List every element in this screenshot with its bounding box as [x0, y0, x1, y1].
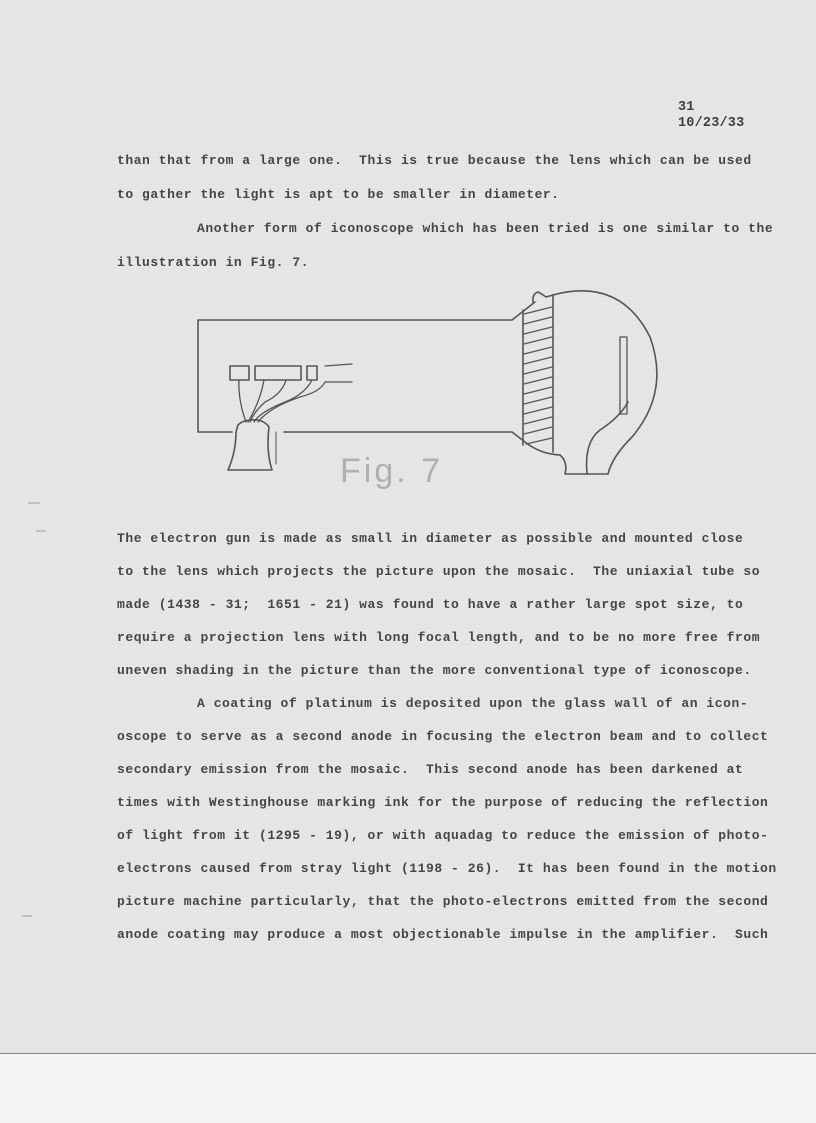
text-line: of light from it (1295 - 19), or with aq… [117, 828, 768, 844]
text-line: times with Westinghouse marking ink for … [117, 795, 768, 811]
bulb-stem [560, 455, 608, 474]
text-line: to gather the light is apt to be smaller… [117, 187, 560, 203]
gun-leads [239, 380, 325, 422]
text-line: anode coating may produce a most objecti… [117, 927, 768, 943]
gun-element-2 [255, 366, 301, 380]
text-line: picture machine particularly, that the p… [117, 894, 768, 910]
text-line: secondary emission from the mosaic. This… [117, 762, 743, 778]
bulb-nub [533, 292, 553, 302]
text-line: require a projection lens with long foca… [117, 630, 760, 646]
tube-neck-left [198, 320, 232, 432]
figure-caption: Fig. 7 [340, 452, 443, 491]
text-line: made (1438 - 31; 1651 - 21) was found to… [117, 597, 743, 613]
text-line: Another form of iconoscope which has bee… [197, 221, 773, 237]
gun-element-3 [307, 366, 317, 380]
text-line: illustration in Fig. 7. [117, 255, 309, 271]
text-line: electrons caused from stray light (1198 … [117, 861, 777, 877]
scan-artifact [28, 502, 40, 504]
text-line: A coating of platinum is deposited upon … [197, 696, 748, 712]
text-line: than that from a large one. This is true… [117, 153, 752, 169]
scan-artifact [36, 530, 46, 532]
beam-line-upper [325, 364, 352, 366]
page-date: 10/23/33 [678, 116, 744, 132]
stem-press [228, 420, 272, 470]
page-number: 31 [678, 100, 744, 116]
mosaic-hatching [524, 307, 552, 444]
collector-electrode [620, 337, 627, 414]
text-line: oscope to serve as a second anode in foc… [117, 729, 768, 745]
text-line: The electron gun is made as small in dia… [117, 531, 743, 547]
scan-bottom-margin [0, 1053, 816, 1123]
text-line: uneven shading in the picture than the m… [117, 663, 752, 679]
text-line: to the lens which projects the picture u… [117, 564, 760, 580]
page-header: 31 10/23/33 [678, 100, 744, 132]
gun-element-1 [230, 366, 249, 380]
scan-artifact [22, 915, 32, 917]
bulb [553, 291, 657, 474]
